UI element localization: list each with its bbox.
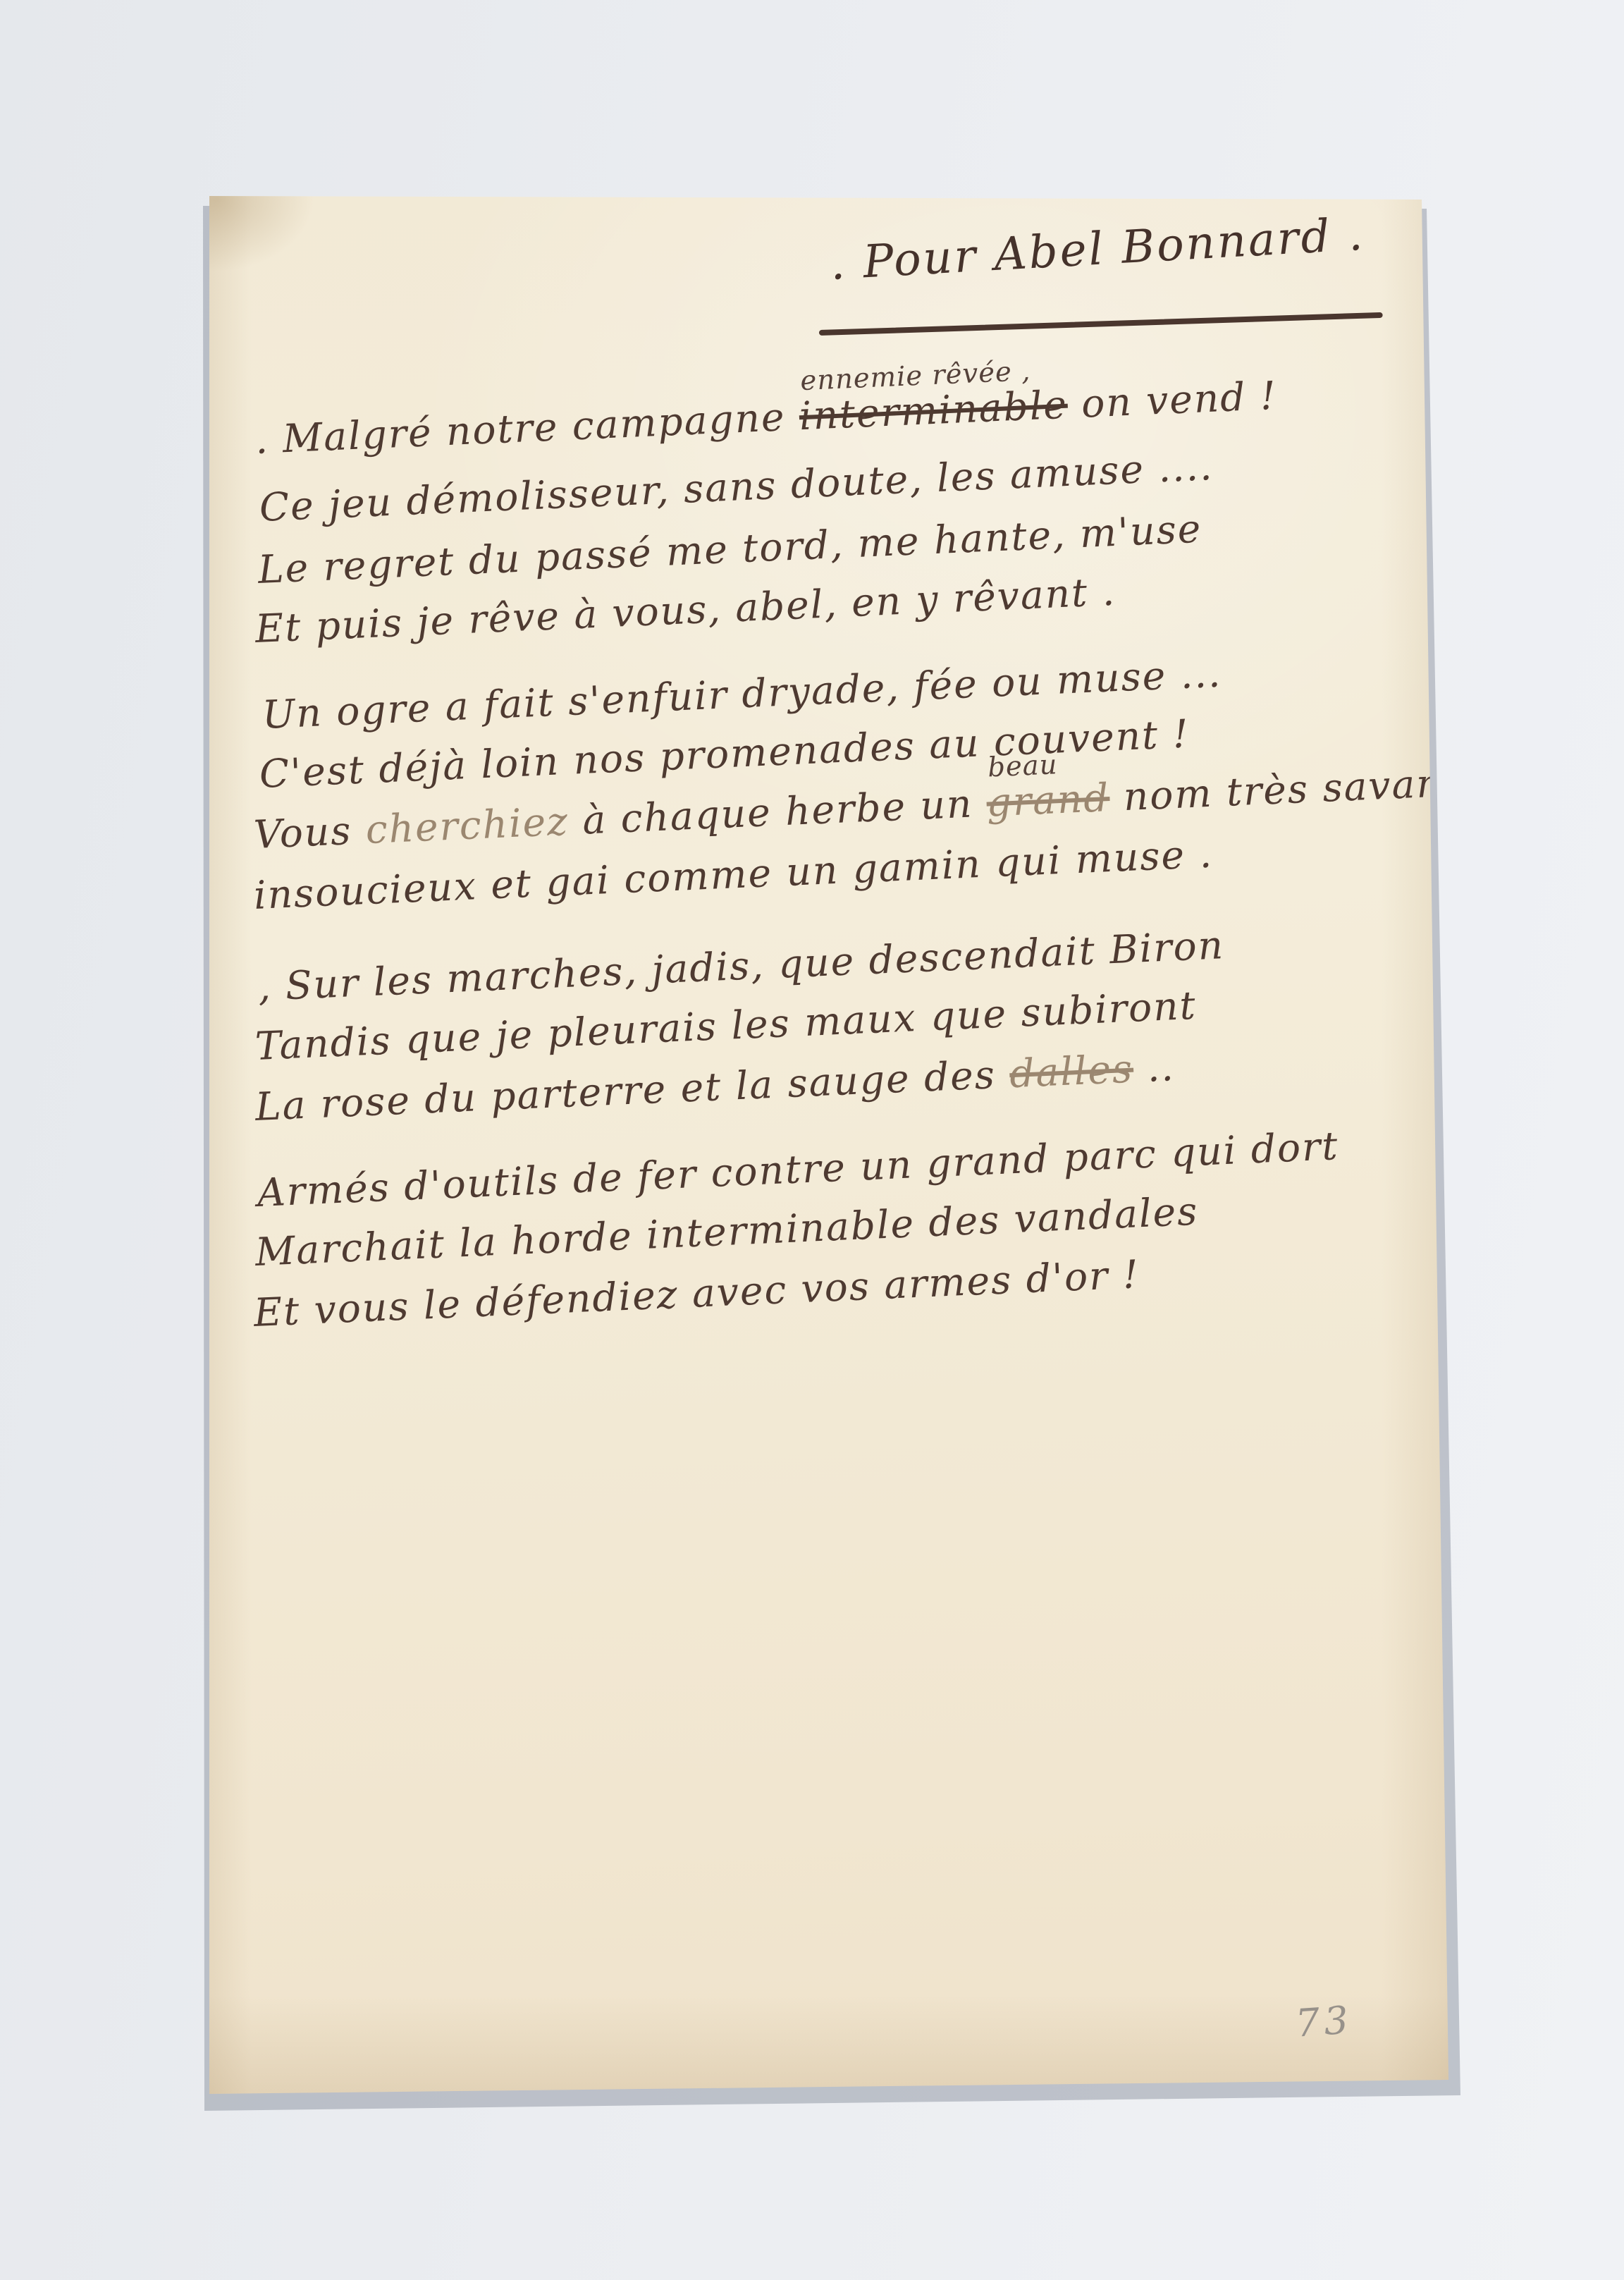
paper-edge-shading-bottom [209,1995,1450,2094]
poem-text: on vend ! [1066,373,1278,427]
poem-text: à chaque herbe un [568,780,988,844]
inserted-correction: beau [987,749,1058,783]
paper-edge-shading-left [209,196,252,2094]
poem-text: cherchiez [364,799,570,853]
correction-anchor: grandbeau [985,775,1111,826]
poem-text: . Malgré notre campagne [254,393,801,462]
poem-text: nom très savant [1109,759,1460,820]
dedication-title: . Pour Abel Bonnard . [829,209,1366,290]
aged-corner-smudge [176,162,402,345]
title-underline [819,312,1383,336]
photo-background: . Pour Abel Bonnard . . Malgré notre cam… [0,0,1624,2280]
correction-anchor: interminableennemie rêvée , [798,382,1069,439]
struck-word: dalles [1009,1046,1135,1097]
manuscript-paper: . Pour Abel Bonnard . . Malgré notre cam… [0,0,1624,2280]
poem-text: .. [1133,1044,1176,1091]
page-number-pencil: 73 [1294,1997,1354,2045]
poem-text: Vous [253,807,367,857]
